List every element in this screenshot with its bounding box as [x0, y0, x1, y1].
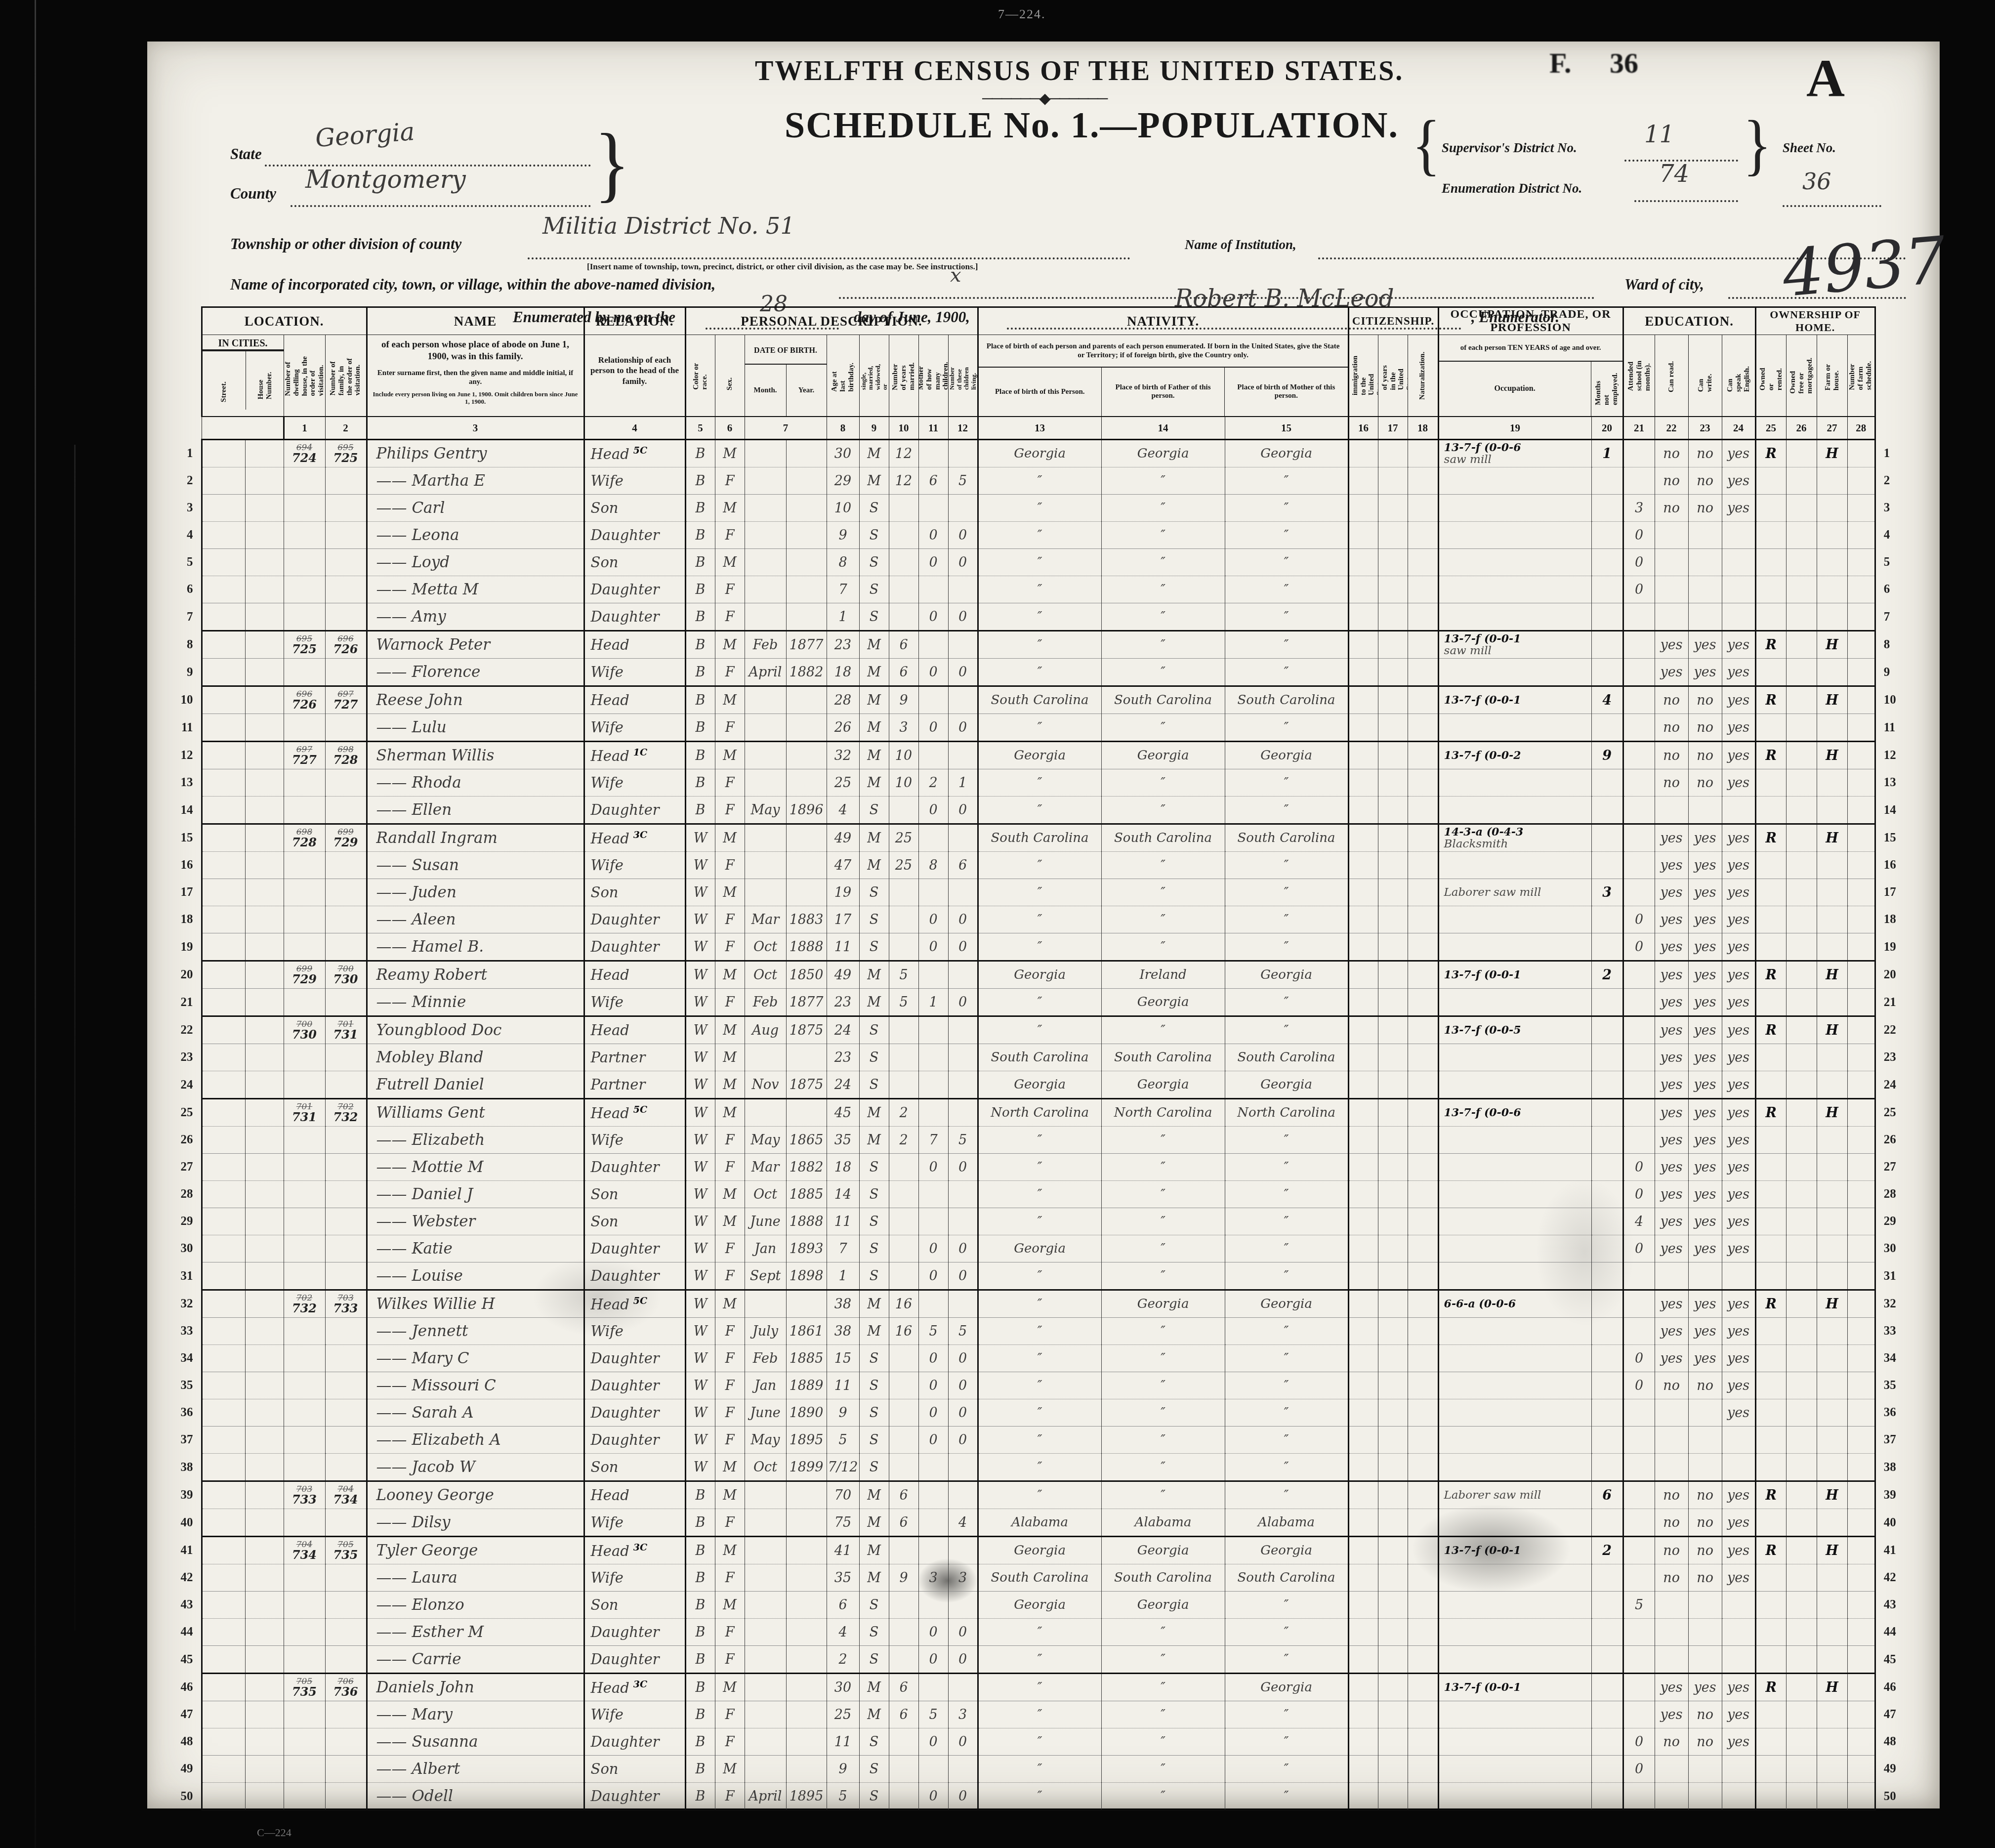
attended-school-cell	[1623, 1701, 1655, 1728]
mother-of-cell: 0	[918, 549, 948, 576]
children-living-cell: 4	[948, 1509, 978, 1537]
sex-cell: F	[715, 522, 745, 549]
owned-free-cell	[1786, 1509, 1817, 1537]
children-living-cell: 5	[948, 1127, 978, 1154]
pob-father-cell: ″	[1101, 1646, 1225, 1674]
months-not-employed-cell: 1	[1591, 440, 1623, 467]
street-cell	[202, 1783, 245, 1810]
can-write-cell	[1688, 603, 1722, 631]
pob-father-cell: Georgia	[1101, 989, 1225, 1016]
pob-mother-cell: Georgia	[1225, 1290, 1348, 1318]
occupation-cell	[1438, 989, 1591, 1016]
years-in-us-cell	[1378, 1290, 1408, 1318]
can-read-cell: yes	[1655, 1016, 1688, 1044]
table-row: 20699729700730Reamy RobertHeadWMOct18504…	[170, 961, 1907, 989]
pob-mother-cell: ″	[1225, 797, 1348, 824]
farm-house-cell	[1817, 1454, 1847, 1481]
table-row: 38—— Jacob WSonWMOct18997/12S″″″38	[170, 1454, 1907, 1481]
attended-school-cell	[1623, 1044, 1655, 1071]
pob-father-cell: ″	[1101, 906, 1225, 933]
line-number-left: 35	[170, 1372, 202, 1399]
relation-cell: Head	[584, 631, 685, 659]
years-in-us-cell	[1378, 631, 1408, 659]
years-married-cell	[889, 1454, 918, 1481]
mother-of-cell: 7	[918, 1127, 948, 1154]
years-married-cell	[889, 1262, 918, 1290]
sex-cell: F	[715, 906, 745, 933]
line-number-right: 48	[1875, 1728, 1907, 1756]
line-number-right: 12	[1875, 742, 1907, 769]
can-speak-english-cell	[1722, 1454, 1755, 1481]
dwelling-number-cell	[284, 1154, 325, 1181]
farm-house-cell: H	[1817, 1016, 1847, 1044]
can-write-cell: yes	[1688, 1345, 1722, 1372]
occupation-cell	[1438, 1728, 1591, 1756]
street-cell	[202, 1016, 245, 1044]
birth-month-cell: Mar	[745, 906, 786, 933]
owned-rented-cell	[1755, 1427, 1786, 1454]
year-immigration-cell	[1348, 1674, 1378, 1701]
birth-year-cell: 1883	[786, 906, 827, 933]
owned-rented-cell	[1755, 852, 1786, 879]
pob-father-cell: ″	[1101, 1481, 1225, 1509]
age-cell: 35	[827, 1127, 859, 1154]
sex-cell: M	[715, 1016, 745, 1044]
age-cell: 70	[827, 1481, 859, 1509]
year-immigration-cell	[1348, 852, 1378, 879]
dwelling-number-cell	[284, 1783, 325, 1810]
naturalization-cell	[1408, 1290, 1438, 1318]
line-number-left: 38	[170, 1454, 202, 1481]
owned-free-cell	[1786, 989, 1817, 1016]
can-read-cell: no	[1655, 769, 1688, 797]
years-in-us-cell	[1378, 549, 1408, 576]
can-read-cell: no	[1655, 686, 1688, 714]
year-immigration-cell	[1348, 1099, 1378, 1127]
can-speak-english-cell	[1722, 522, 1755, 549]
mother-of-cell	[918, 1016, 948, 1044]
attended-school-cell	[1623, 686, 1655, 714]
year-immigration-cell	[1348, 797, 1378, 824]
color-race-cell: B	[685, 714, 715, 742]
can-read-cell: yes	[1655, 1181, 1688, 1208]
line-number-left: 27	[170, 1154, 202, 1181]
dwelling-number-cell: 697727	[284, 742, 325, 769]
mother-of-cell	[918, 1481, 948, 1509]
occupation-cell	[1438, 1044, 1591, 1071]
line-number-left: 14	[170, 797, 202, 824]
owned-rented-cell: R	[1755, 961, 1786, 989]
owned-free-cell	[1786, 797, 1817, 824]
birth-month-cell	[745, 522, 786, 549]
months-not-employed-cell: 6	[1591, 1481, 1623, 1509]
pob-father-cell: ″	[1101, 1016, 1225, 1044]
name-cell: —— Katie	[367, 1235, 584, 1262]
dwelling-number-cell	[284, 659, 325, 686]
name-cell: Wilkes Willie H	[367, 1290, 584, 1318]
pob-person-cell: South Carolina	[978, 686, 1101, 714]
birth-month-cell	[745, 1728, 786, 1756]
col-number: 19	[1438, 417, 1591, 440]
owned-free-cell	[1786, 1154, 1817, 1181]
months-not-employed-cell	[1591, 576, 1623, 603]
col-number: 15	[1225, 417, 1348, 440]
mother-of-cell: 0	[918, 1728, 948, 1756]
children-living-cell	[948, 1537, 978, 1564]
years-in-us-cell	[1378, 989, 1408, 1016]
children-living-cell	[948, 631, 978, 659]
film-scratch	[74, 445, 76, 1631]
pob-father-cell: ″	[1101, 1181, 1225, 1208]
col-years-married: Number of years married.	[889, 335, 918, 417]
relation-cell: Head	[584, 1481, 685, 1509]
age-cell: 30	[827, 440, 859, 467]
can-speak-english-cell: yes	[1722, 1399, 1755, 1427]
children-living-cell: 5	[948, 467, 978, 495]
marital-cell: S	[859, 906, 889, 933]
children-living-cell: 0	[948, 659, 978, 686]
line-number-left: 46	[170, 1674, 202, 1701]
owned-rented-cell	[1755, 1701, 1786, 1728]
occupation-cell: 6-6-a (0-0-6	[1438, 1290, 1591, 1318]
farm-house-cell	[1817, 1646, 1847, 1674]
marital-cell: S	[859, 522, 889, 549]
pob-person-cell: ″	[978, 1208, 1101, 1235]
attended-school-cell	[1623, 1537, 1655, 1564]
year-immigration-cell	[1348, 549, 1378, 576]
dwelling-number-cell	[284, 1756, 325, 1783]
color-race-cell: B	[685, 576, 715, 603]
year-immigration-cell	[1348, 906, 1378, 933]
birth-year-cell	[786, 686, 827, 714]
pob-person-cell: South Carolina	[978, 824, 1101, 852]
birth-year-cell	[786, 1509, 827, 1537]
birth-year-cell	[786, 714, 827, 742]
age-cell: 26	[827, 714, 859, 742]
group-occupation: OCCUPATION, TRADE, OR PROFESSION	[1438, 307, 1623, 335]
months-not-employed-cell	[1591, 1318, 1623, 1345]
house-number-cell	[245, 1071, 284, 1099]
pob-person-cell: ″	[978, 1372, 1101, 1399]
line-number-left: 50	[170, 1783, 202, 1810]
years-in-us-cell	[1378, 1454, 1408, 1481]
can-write-cell: yes	[1688, 1044, 1722, 1071]
street-cell	[202, 1619, 245, 1646]
family-number-cell	[325, 1044, 367, 1071]
name-cell: —— Florence	[367, 659, 584, 686]
col-can-read: Can read.	[1655, 335, 1688, 417]
pob-mother-cell: ″	[1225, 1372, 1348, 1399]
group-personal: PERSONAL DESCRIPTION.	[685, 307, 978, 335]
can-write-cell: yes	[1688, 1016, 1722, 1044]
table-row: 28—— Daniel JSonWMOct188514S″″″0yesyesye…	[170, 1181, 1907, 1208]
family-number-cell: 700730	[325, 961, 367, 989]
pob-person-cell: ″	[978, 495, 1101, 522]
col-relation-desc: Relationship of each person to the head …	[584, 335, 685, 417]
years-married-cell	[889, 933, 918, 961]
year-immigration-cell	[1348, 522, 1378, 549]
naturalization-cell	[1408, 1728, 1438, 1756]
street-cell	[202, 1509, 245, 1537]
pob-person-cell: ″	[978, 1481, 1101, 1509]
attended-school-cell	[1623, 852, 1655, 879]
months-not-employed-cell	[1591, 906, 1623, 933]
mother-of-cell	[918, 1099, 948, 1127]
family-number-cell	[325, 1783, 367, 1810]
marital-cell: S	[859, 1154, 889, 1181]
years-married-cell: 6	[889, 1481, 918, 1509]
dwelling-number-cell: 698728	[284, 824, 325, 852]
dwelling-number-cell	[284, 1181, 325, 1208]
pob-mother-cell: South Carolina	[1225, 1044, 1348, 1071]
line-number-right: 8	[1875, 631, 1907, 659]
farm-house-cell	[1817, 1701, 1847, 1728]
name-cell: —— Martha E	[367, 467, 584, 495]
relation-cell: Daughter	[584, 1262, 685, 1290]
birth-month-cell	[745, 1537, 786, 1564]
mother-of-cell: 0	[918, 1783, 948, 1810]
sex-cell: F	[715, 1345, 745, 1372]
age-cell: 15	[827, 1345, 859, 1372]
naturalization-cell	[1408, 1509, 1438, 1537]
pob-mother-cell: Georgia	[1225, 1071, 1348, 1099]
marital-cell: S	[859, 1454, 889, 1481]
house-number-cell	[245, 1099, 284, 1127]
can-speak-english-cell: yes	[1722, 1509, 1755, 1537]
name-cell: —— Aleen	[367, 906, 584, 933]
table-row: 30—— KatieDaughterWFJan18937S00Georgia″″…	[170, 1235, 1907, 1262]
can-read-cell: yes	[1655, 631, 1688, 659]
sex-cell: M	[715, 1592, 745, 1619]
mother-of-cell	[918, 440, 948, 467]
years-in-us-cell	[1378, 1783, 1408, 1810]
table-row: 8695725696726Warnock PeterHeadBMFeb18772…	[170, 631, 1907, 659]
months-not-employed-cell	[1591, 933, 1623, 961]
sex-cell: F	[715, 1701, 745, 1728]
naturalization-cell	[1408, 1454, 1438, 1481]
birth-year-cell: 1885	[786, 1181, 827, 1208]
color-race-cell: B	[685, 549, 715, 576]
birth-month-cell: Aug	[745, 1016, 786, 1044]
family-number-cell	[325, 1318, 367, 1345]
name-cell: Reamy Robert	[367, 961, 584, 989]
dwelling-number-cell	[284, 495, 325, 522]
attended-school-cell	[1623, 1454, 1655, 1481]
dwelling-number-cell	[284, 1701, 325, 1728]
naturalization-cell	[1408, 1044, 1438, 1071]
birth-month-cell: Feb	[745, 989, 786, 1016]
years-in-us-cell	[1378, 797, 1408, 824]
attended-school-cell: 3	[1623, 495, 1655, 522]
line-number-right: 16	[1875, 852, 1907, 879]
color-race-cell: W	[685, 1290, 715, 1318]
pob-person-cell: ″	[978, 1783, 1101, 1810]
col-number: 3	[367, 417, 584, 440]
birth-month-cell: Oct	[745, 1181, 786, 1208]
year-immigration-cell	[1348, 1783, 1378, 1810]
pob-mother-cell: ″	[1225, 522, 1348, 549]
col-street: Street.	[220, 359, 228, 402]
sex-cell: M	[715, 1044, 745, 1071]
farm-schedule-cell	[1847, 603, 1875, 631]
attended-school-cell	[1623, 714, 1655, 742]
line-number-right: 10	[1875, 686, 1907, 714]
dwelling-number-cell	[284, 879, 325, 906]
can-read-cell	[1655, 549, 1688, 576]
age-cell: 49	[827, 961, 859, 989]
age-cell: 32	[827, 742, 859, 769]
color-race-cell: W	[685, 906, 715, 933]
color-race-cell: W	[685, 1399, 715, 1427]
farm-house-cell	[1817, 495, 1847, 522]
name-cell: —— Susan	[367, 852, 584, 879]
col-occupation-desc: of each person TEN YEARS of age and over…	[1438, 335, 1623, 417]
pob-person-cell: ″	[978, 1016, 1101, 1044]
marital-cell: M	[859, 742, 889, 769]
col-number: 10	[889, 417, 918, 440]
owned-rented-cell	[1755, 467, 1786, 495]
line-number-left: 42	[170, 1564, 202, 1592]
pob-mother-cell: ″	[1225, 549, 1348, 576]
years-married-cell: 2	[889, 1127, 918, 1154]
can-speak-english-cell	[1722, 1619, 1755, 1646]
farm-schedule-cell	[1847, 1181, 1875, 1208]
house-number-cell	[245, 1646, 284, 1674]
farm-house-cell	[1817, 1592, 1847, 1619]
years-married-cell	[889, 1235, 918, 1262]
line-number-right: 29	[1875, 1208, 1907, 1235]
marital-cell: S	[859, 1783, 889, 1810]
birth-year-cell	[786, 1592, 827, 1619]
family-number-cell: 698728	[325, 742, 367, 769]
mother-of-cell: 0	[918, 1154, 948, 1181]
birth-month-cell	[745, 1509, 786, 1537]
dwelling-number-cell	[284, 1646, 325, 1674]
line-number-left: 10	[170, 686, 202, 714]
table-row: 47—— MaryWifeBF25M653″″″yesnoyes47	[170, 1701, 1907, 1728]
name-cell: —— Lulu	[367, 714, 584, 742]
year-immigration-cell	[1348, 1262, 1378, 1290]
dwelling-number-cell	[284, 906, 325, 933]
line-number-right: 7	[1875, 603, 1907, 631]
can-write-cell: yes	[1688, 659, 1722, 686]
sex-cell: F	[715, 989, 745, 1016]
line-number-right: 43	[1875, 1592, 1907, 1619]
farm-schedule-cell	[1847, 1619, 1875, 1646]
age-cell: 28	[827, 686, 859, 714]
pob-father-cell: ″	[1101, 1127, 1225, 1154]
line-number-right: 18	[1875, 906, 1907, 933]
street-cell	[202, 714, 245, 742]
dwelling-number-cell	[284, 603, 325, 631]
farm-schedule-cell	[1847, 1154, 1875, 1181]
dwelling-number-cell	[284, 1235, 325, 1262]
pob-person-cell: ″	[978, 631, 1101, 659]
birth-month-cell: June	[745, 1208, 786, 1235]
owned-free-cell	[1786, 961, 1817, 989]
owned-free-cell	[1786, 467, 1817, 495]
months-not-employed-cell	[1591, 659, 1623, 686]
col-name-desc: of each person whose place of abode on J…	[367, 335, 584, 417]
name-cell: Reese John	[367, 686, 584, 714]
line-number-left: 4	[170, 522, 202, 549]
table-row: 15698728699729Randall IngramHead3CWM49M2…	[170, 824, 1907, 852]
occupation-cell: 13-7-f (0-0-1	[1438, 961, 1591, 989]
col-year-immigration: Year of immigration to the United States…	[1348, 335, 1378, 417]
can-read-cell: yes	[1655, 824, 1688, 852]
color-race-cell: B	[685, 495, 715, 522]
table-row: 9—— FlorenceWifeBFApril188218M600″″″yesy…	[170, 659, 1907, 686]
owned-rented-cell: R	[1755, 631, 1786, 659]
pob-person-cell: ″	[978, 1290, 1101, 1318]
years-in-us-cell	[1378, 1208, 1408, 1235]
house-number-cell	[245, 714, 284, 742]
pob-father-cell: Georgia	[1101, 440, 1225, 467]
house-number-cell	[245, 1728, 284, 1756]
pob-mother-cell: Georgia	[1225, 440, 1348, 467]
months-not-employed-cell	[1591, 1044, 1623, 1071]
farm-schedule-cell	[1847, 1016, 1875, 1044]
years-in-us-cell	[1378, 1099, 1408, 1127]
name-cell: —— Leona	[367, 522, 584, 549]
color-race-cell: W	[685, 1181, 715, 1208]
can-read-cell: yes	[1655, 1044, 1688, 1071]
children-living-cell: 5	[948, 1318, 978, 1345]
occupation-cell	[1438, 1454, 1591, 1481]
children-living-cell	[948, 961, 978, 989]
pob-mother-cell: ″	[1225, 1427, 1348, 1454]
children-living-cell	[948, 1454, 978, 1481]
owned-rented-cell	[1755, 1756, 1786, 1783]
owned-rented-cell	[1755, 879, 1786, 906]
street-cell	[202, 852, 245, 879]
pob-father-cell: ″	[1101, 1454, 1225, 1481]
relation-cell: Head	[584, 686, 685, 714]
owned-free-cell	[1786, 522, 1817, 549]
family-number-cell: 697727	[325, 686, 367, 714]
children-living-cell	[948, 1099, 978, 1127]
color-race-cell: W	[685, 1208, 715, 1235]
line-number-left: 29	[170, 1208, 202, 1235]
house-number-cell	[245, 1783, 284, 1810]
family-number-cell	[325, 1235, 367, 1262]
can-read-cell: no	[1655, 1537, 1688, 1564]
owned-free-cell	[1786, 1701, 1817, 1728]
attended-school-cell	[1623, 1262, 1655, 1290]
table-row: 32702732703733Wilkes Willie HHead5CWM38M…	[170, 1290, 1907, 1318]
relation-cell: Head1C	[584, 742, 685, 769]
owned-rented-cell	[1755, 933, 1786, 961]
years-married-cell: 2	[889, 1099, 918, 1127]
can-write-cell: no	[1688, 769, 1722, 797]
street-cell	[202, 467, 245, 495]
pob-person-cell: North Carolina	[978, 1099, 1101, 1127]
attended-school-cell	[1623, 1071, 1655, 1099]
table-row: 11—— LuluWifeBF26M300″″″nonoyes11	[170, 714, 1907, 742]
months-not-employed-cell	[1591, 522, 1623, 549]
mother-of-cell: 0	[918, 933, 948, 961]
table-row: 10696726697727Reese JohnHeadBM28M9South …	[170, 686, 1907, 714]
pob-father-cell: ″	[1101, 1399, 1225, 1427]
can-read-cell	[1655, 1756, 1688, 1783]
birth-year-cell	[786, 495, 827, 522]
years-in-us-cell	[1378, 1154, 1408, 1181]
house-number-cell	[245, 742, 284, 769]
family-number-cell	[325, 603, 367, 631]
pob-father-cell: ″	[1101, 1235, 1225, 1262]
pob-mother-cell: ″	[1225, 769, 1348, 797]
family-number-cell: 699729	[325, 824, 367, 852]
